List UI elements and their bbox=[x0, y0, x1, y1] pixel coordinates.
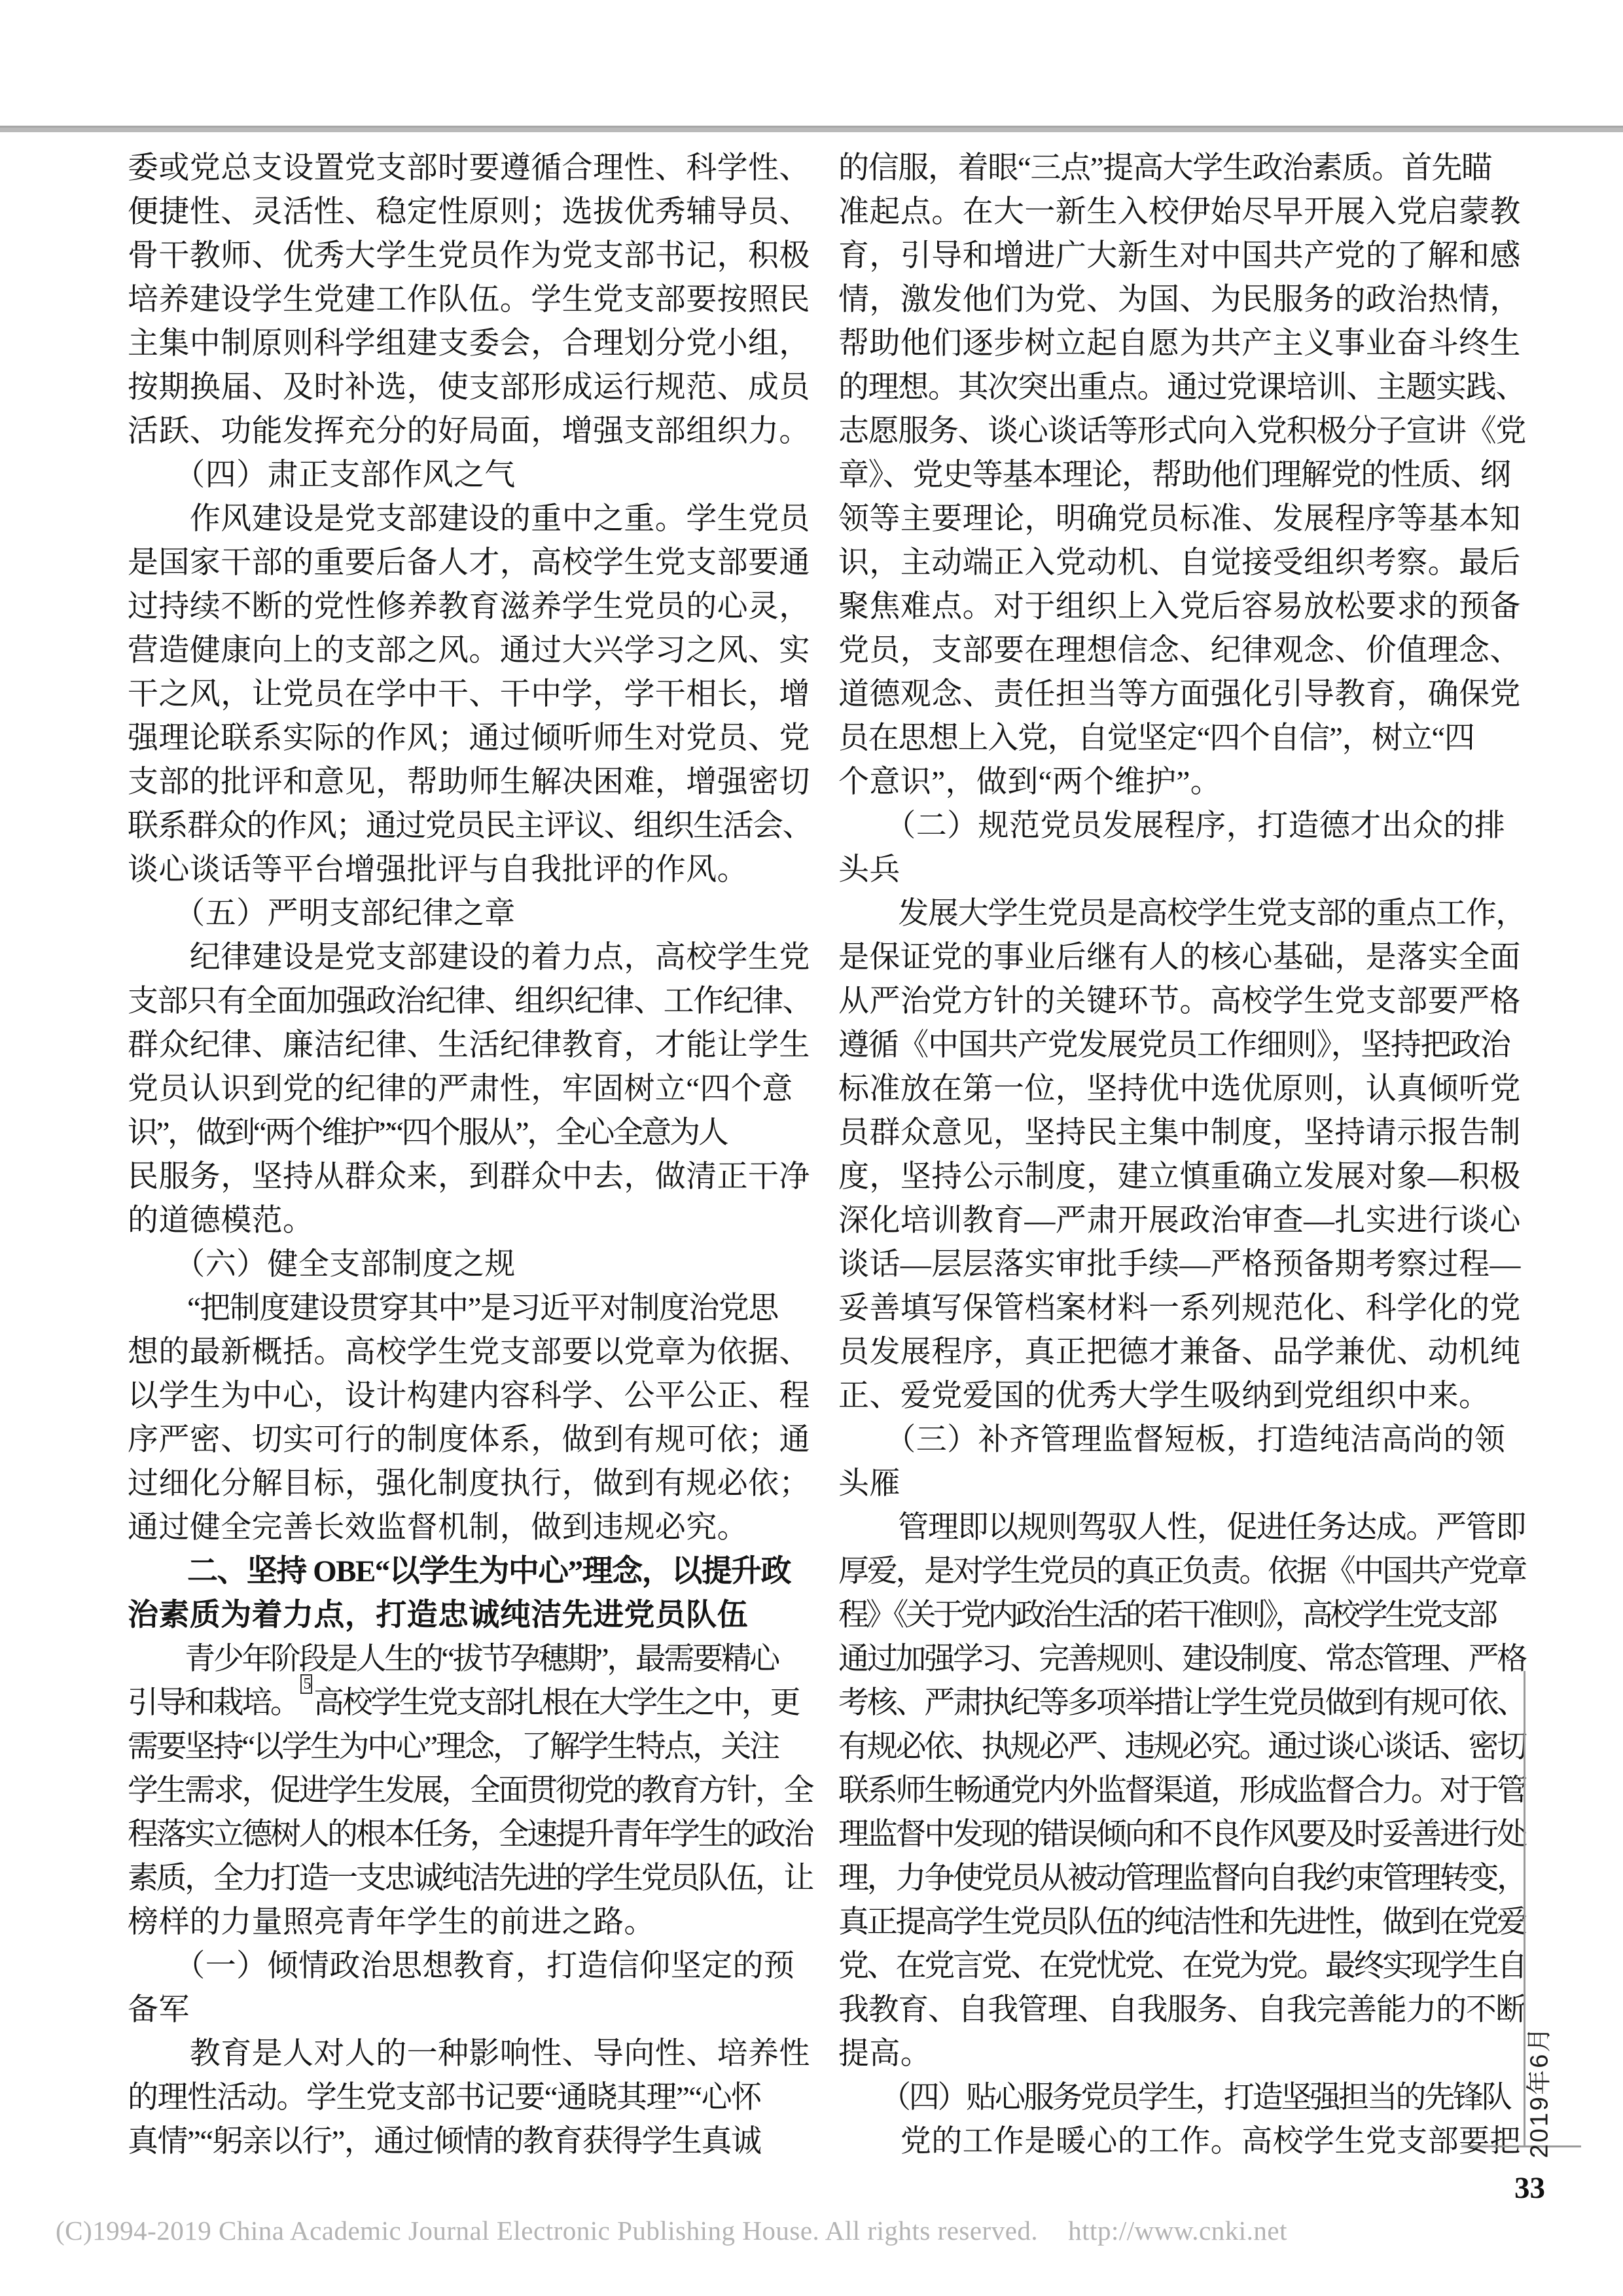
text-line: 领等主要理论，明确党员标准、发展程序等基本知 bbox=[838, 497, 1525, 541]
text-line: 需要坚持“以学生为中心”理念，了解学生特点，关注 bbox=[128, 1725, 812, 1769]
scan-top-bar bbox=[0, 126, 1623, 132]
text-line: 的信服，着眼“三点”提高大学生政治素质。首先瞄 bbox=[838, 147, 1525, 190]
text-line: 引导和栽培。5高校学生党支部扎根在大学生之中，更 bbox=[128, 1681, 812, 1725]
text-line: （二）规范党员发展程序，打造德才出众的排 bbox=[838, 804, 1525, 848]
issue-date-vertical: 2019年6月 bbox=[1519, 2026, 1555, 2159]
text-line: 主集中制原则科学组建支委会，合理划分党小组， bbox=[128, 322, 812, 366]
copyright-footer: (C)1994-2019 China Academic Journal Elec… bbox=[56, 2215, 1587, 2246]
text-line: 谈话—层层落实审批手续—严格预备期考察过程— bbox=[838, 1243, 1525, 1287]
text-line: 真情”“躬亲以行”，通过倾情的教育获得学生真诚 bbox=[128, 2120, 812, 2164]
text-line: 从严治党方针的关键环节。高校学生党支部要严格 bbox=[838, 980, 1525, 1024]
text-line: 党员认识到党的纪律的严肃性，牢固树立“四个意 bbox=[128, 1067, 812, 1111]
text-line: 榜样的力量照亮青年学生的前进之路。 bbox=[128, 1901, 812, 1945]
text-line: 强理论联系实际的作风；通过倾听师生对党员、党 bbox=[128, 717, 812, 761]
text-line: 章》、党史等基本理论，帮助他们理解党的性质、纲 bbox=[838, 454, 1525, 497]
text-line: 联系群众的作风；通过党员民主评议、组织生活会、 bbox=[128, 804, 812, 848]
text-line: 序严密、切实可行的制度体系，做到有规可依；通 bbox=[128, 1418, 812, 1462]
text-line: 以学生为中心，设计构建内容科学、公平公正、程 bbox=[128, 1374, 812, 1418]
text-line: 作风建设是党支部建设的重中之重。学生党员 bbox=[128, 497, 812, 541]
text-line: 营造健康向上的支部之风。通过大兴学习之风、实 bbox=[128, 629, 812, 673]
text-line: 委或党总支设置党支部时要遵循合理性、科学性、 bbox=[128, 147, 812, 190]
text-line: 群众纪律、廉洁纪律、生活纪律教育，才能让学生 bbox=[128, 1024, 812, 1067]
text-line: 想的最新概括。高校学生党支部要以党章为依据、 bbox=[128, 1331, 812, 1374]
article-column-left: 委或党总支设置党支部时要遵循合理性、科学性、便捷性、灵活性、稳定性原则；选拔优秀… bbox=[128, 147, 812, 2164]
text-line: （六）健全支部制度之规 bbox=[128, 1243, 812, 1287]
text-line: 帮助他们逐步树立起自愿为共产主义事业奋斗终生 bbox=[838, 322, 1525, 366]
text-line: 程落实立德树人的根本任务，全速提升青年学生的政治 bbox=[128, 1813, 812, 1857]
page-number: 33 bbox=[1499, 2170, 1561, 2206]
footnote-marker: 5 bbox=[300, 1674, 313, 1694]
text-line: 程》《关于党内政治生活的若干准则》，高校学生党支部 bbox=[838, 1594, 1525, 1638]
text-line: 治素质为着力点，打造忠诚纯洁先进党员队伍 bbox=[128, 1594, 812, 1638]
text-line: 情，激发他们为党、为国、为民服务的政治热情， bbox=[838, 278, 1525, 322]
text-line: 活跃、功能发挥充分的好局面，增强支部组织力。 bbox=[128, 410, 812, 454]
text-line: 深化培训教育—严肃开展政治审查—扎实进行谈心 bbox=[838, 1199, 1525, 1243]
text-line: 厚爱，是对学生党员的真正负责。依据《中国共产党章 bbox=[838, 1550, 1525, 1594]
text-line: 便捷性、灵活性、稳定性原则；选拔优秀辅导员、 bbox=[128, 190, 812, 234]
text-line: 党、在党言党、在党忧党、在党为党。最终实现学生自 bbox=[838, 1945, 1525, 1988]
text-line: 道德观念、责任担当等方面强化引导教育，确保党 bbox=[838, 673, 1525, 717]
text-line: 个意识”，做到“两个维护”。 bbox=[838, 761, 1525, 804]
text-line: 正、爱党爱国的优秀大学生吸纳到党组织中来。 bbox=[838, 1374, 1525, 1418]
text-line: 通过加强学习、完善规则、建设制度、常态管理、严格 bbox=[838, 1638, 1525, 1681]
text-line: 骨干教师、优秀大学生党员作为党支部书记，积极 bbox=[128, 234, 812, 278]
text-line: （四）肃正支部作风之气 bbox=[128, 454, 812, 497]
text-line: 按期换届、及时补选，使支部形成运行规范、成员 bbox=[128, 366, 812, 410]
text-line: 我教育、自我管理、自我服务、自我完善能力的不断 bbox=[838, 1988, 1525, 2032]
text-line: 考核、严肃执纪等多项举措让学生党员做到有规可依、 bbox=[838, 1681, 1525, 1725]
text-line: 过持续不断的党性修养教育滋养学生党员的心灵， bbox=[128, 585, 812, 629]
text-line: 员在思想上入党，自觉坚定“四个自信”，树立“四 bbox=[838, 717, 1525, 761]
text-line: 发展大学生党员是高校学生党支部的重点工作， bbox=[838, 892, 1525, 936]
text-line: 准起点。在大一新生入校伊始尽早开展入党启蒙教 bbox=[838, 190, 1525, 234]
text-line: 教育是人对人的一种影响性、导向性、培养性 bbox=[128, 2032, 812, 2076]
text-line: 员群众意见，坚持民主集中制度，坚持请示报告制 bbox=[838, 1111, 1525, 1155]
text-line: 民服务，坚持从群众来，到群众中去，做清正干净 bbox=[128, 1155, 812, 1199]
text-line: 是国家干部的重要后备人才，高校学生党支部要通 bbox=[128, 541, 812, 585]
text-line: 联系师生畅通党内外监督渠道，形成监督合力。对于管 bbox=[838, 1769, 1525, 1813]
text-line: 管理即以规则驾驭人性，促进任务达成。严管即 bbox=[838, 1506, 1525, 1550]
text-line: （三）补齐管理监督短板，打造纯洁高尚的领 bbox=[838, 1418, 1525, 1462]
text-line: 志愿服务、谈心谈话等形式向入党积极分子宣讲《党 bbox=[838, 410, 1525, 454]
text-line: 聚焦难点。对于组织上入党后容易放松要求的预备 bbox=[838, 585, 1525, 629]
text-line: 员发展程序，真正把德才兼备、品学兼优、动机纯 bbox=[838, 1331, 1525, 1374]
text-line: （四）贴心服务党员学生，打造坚强担当的先锋队 bbox=[838, 2076, 1525, 2120]
text-line: 度，坚持公示制度，建立慎重确立发展对象—积极 bbox=[838, 1155, 1525, 1199]
text-line: 标准放在第一位，坚持优中选优原则，认真倾听党 bbox=[838, 1067, 1525, 1111]
text-line: 的道德模范。 bbox=[128, 1199, 812, 1243]
text-line: 是保证党的事业后继有人的核心基础，是落实全面 bbox=[838, 936, 1525, 980]
text-line: 真正提高学生党员队伍的纯洁性和先进性，做到在党爱 bbox=[838, 1901, 1525, 1945]
text-line: 理监督中发现的错误倾向和不良作风要及时妥善进行处 bbox=[838, 1813, 1525, 1857]
text-line: 有规必依、执规必严、违规必究。通过谈心谈话、密切 bbox=[838, 1725, 1525, 1769]
text-line: 党的工作是暖心的工作。高校学生党支部要把 bbox=[838, 2120, 1525, 2164]
text-line: 党员，支部要在理想信念、纪律观念、价值理念、 bbox=[838, 629, 1525, 673]
text-line: （一）倾情政治思想教育，打造信仰坚定的预 bbox=[128, 1945, 812, 1988]
text-line: 育，引导和增进广大新生对中国共产党的了解和感 bbox=[838, 234, 1525, 278]
cnki-url: http://www.cnki.net bbox=[1068, 2215, 1287, 2246]
text-line: 支部的批评和意见，帮助师生解决困难，增强密切 bbox=[128, 761, 812, 804]
text-line: 的理想。其次突出重点。通过党课培训、主题实践、 bbox=[838, 366, 1525, 410]
text-line: 学生需求，促进学生发展，全面贯彻党的教育方针，全 bbox=[128, 1769, 812, 1813]
text-line: 二、坚持 OBE“以学生为中心”理念，以提升政 bbox=[128, 1550, 812, 1594]
text-line: 识，主动端正入党动机、自觉接受组织考察。最后 bbox=[838, 541, 1525, 585]
text-line: 提高。 bbox=[838, 2032, 1525, 2076]
copyright-text: (C)1994-2019 China Academic Journal Elec… bbox=[56, 2215, 1038, 2246]
article-column-right: 的信服，着眼“三点”提高大学生政治素质。首先瞄准起点。在大一新生入校伊始尽早开展… bbox=[838, 147, 1525, 2164]
text-line: 支部只有全面加强政治纪律、组织纪律、工作纪律、 bbox=[128, 980, 812, 1024]
text-line: 青少年阶段是人生的“拔节孕穗期”，最需要精心 bbox=[128, 1638, 812, 1681]
text-line: 头兵 bbox=[838, 848, 1525, 892]
journal-page: { "page": { "background": "#ffffff", "to… bbox=[0, 0, 1623, 2296]
text-line: （五）严明支部纪律之章 bbox=[128, 892, 812, 936]
text-line: 谈心谈话等平台增强批评与自我批评的作风。 bbox=[128, 848, 812, 892]
text-line: “把制度建设贯穿其中”是习近平对制度治党思 bbox=[128, 1287, 812, 1331]
text-line: 备军 bbox=[128, 1988, 812, 2032]
text-line: 培养建设学生党建工作队伍。学生党支部要按照民 bbox=[128, 278, 812, 322]
text-line: 妥善填写保管档案材料一系列规范化、科学化的党 bbox=[838, 1287, 1525, 1331]
text-line: 干之风，让党员在学中干、干中学，学干相长，增 bbox=[128, 673, 812, 717]
text-line: 头雁 bbox=[838, 1462, 1525, 1506]
text-line: 过细化分解目标，强化制度执行，做到有规必依； bbox=[128, 1462, 812, 1506]
text-line: 遵循《中国共产党发展党员工作细则》，坚持把政治 bbox=[838, 1024, 1525, 1067]
text-line: 的理性活动。学生党支部书记要“通晓其理”“心怀 bbox=[128, 2076, 812, 2120]
text-line: 识”，做到“两个维护”“四个服从”，全心全意为人 bbox=[128, 1111, 812, 1155]
text-line: 理，力争使党员从被动管理监督向自我约束管理转变， bbox=[838, 1857, 1525, 1901]
text-line: 素质，全力打造一支忠诚纯洁先进的学生党员队伍，让 bbox=[128, 1857, 812, 1901]
text-line: 通过健全完善长效监督机制，做到违规必究。 bbox=[128, 1506, 812, 1550]
text-line: 纪律建设是党支部建设的着力点，高校学生党 bbox=[128, 936, 812, 980]
